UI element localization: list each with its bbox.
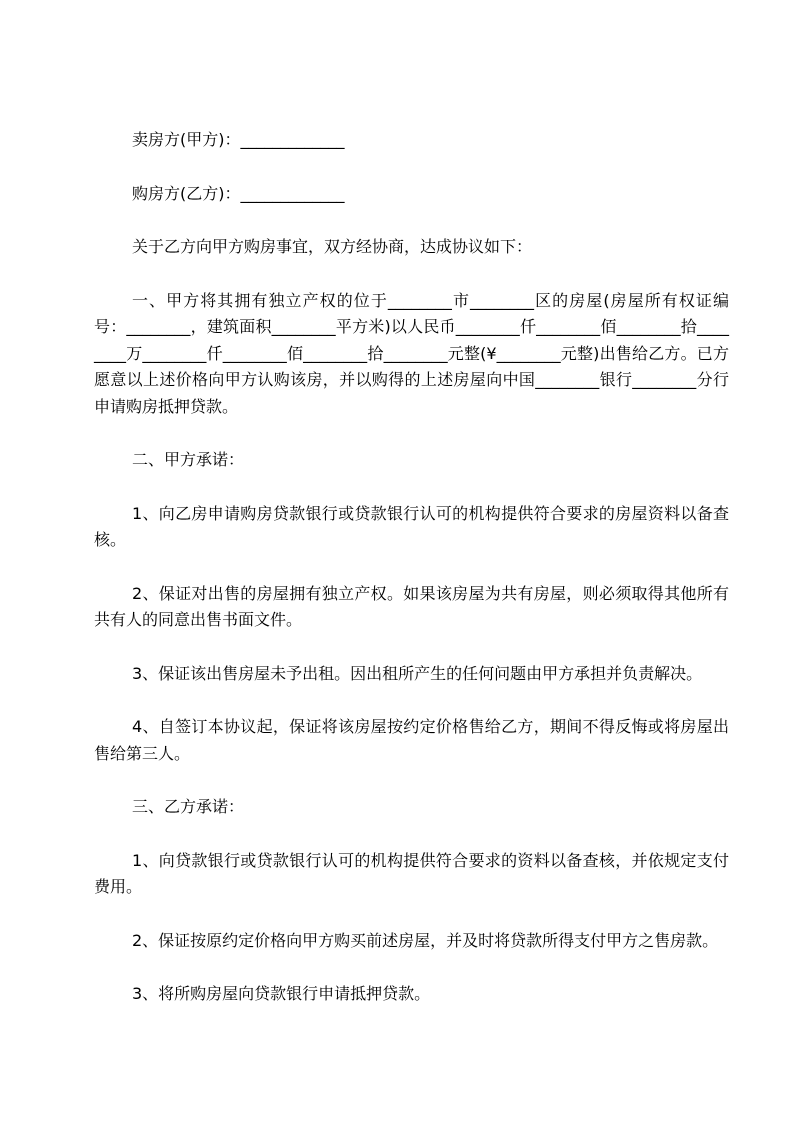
clause-2-item-4: 4、自签订本协议起，保证将该房屋按约定价格售给乙方，期间不得反悔或将房屋出售给第… — [94, 714, 729, 767]
clause-3-item-2: 2、保证按原约定价格向甲方购买前述房屋，并及时将贷款所得支付甲方之售房款。 — [94, 928, 729, 955]
party-buyer-line: 购房方(乙方)：_____________ — [94, 181, 729, 208]
clause-3-heading: 三、乙方承诺： — [94, 794, 729, 821]
clause-3-item-1: 1、向贷款银行或贷款银行认可的机构提供符合要求的资料以备查核，并依规定支付费用。 — [94, 848, 729, 901]
contract-document-page: 卖房方(甲方)：_____________ 购房方(乙方)：__________… — [0, 0, 793, 1122]
clause-2-item-3: 3、保证该出售房屋未予出租。因出租所产生的任何问题由甲方承担并负责解决。 — [94, 661, 729, 688]
clause-1-paragraph: 一、甲方将其拥有独立产权的位于________市________区的房屋(房屋所… — [94, 288, 729, 421]
clause-2-item-1: 1、向乙房申请购房贷款银行或贷款银行认可的机构提供符合要求的房屋资料以备查核。 — [94, 501, 729, 554]
clause-3-item-3: 3、将所购房屋向贷款银行申请抵押贷款。 — [94, 981, 729, 1008]
clause-2-heading: 二、甲方承诺： — [94, 447, 729, 474]
party-seller-line: 卖房方(甲方)：_____________ — [94, 127, 729, 154]
clause-2-item-2: 2、保证对出售的房屋拥有独立产权。如果该房屋为共有房屋，则必须取得其他所有共有人… — [94, 581, 729, 634]
preamble-paragraph: 关于乙方向甲方购房事宜，双方经协商，达成协议如下： — [94, 234, 729, 261]
